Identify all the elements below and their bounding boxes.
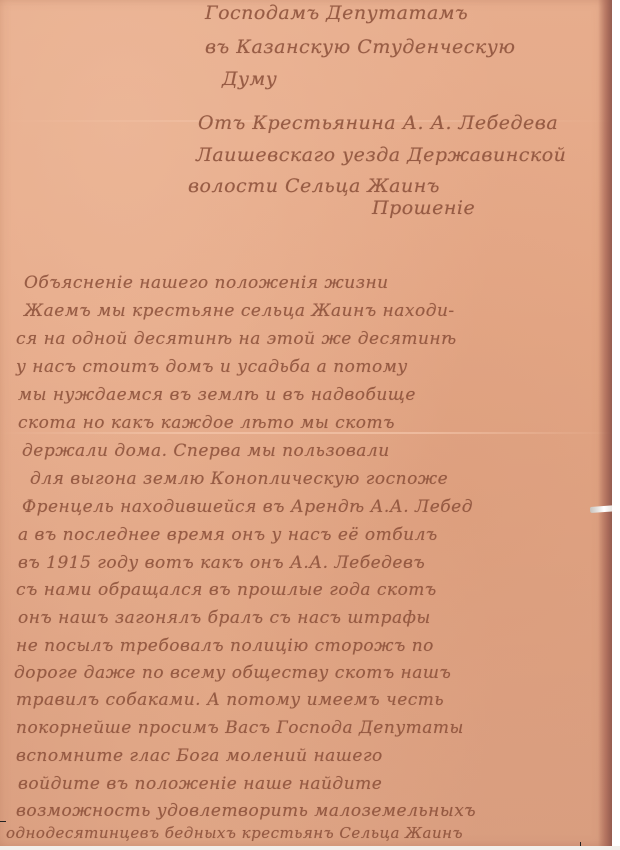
body-line: ся на одной десятинѣ на этой же десятинѣ [16,329,457,349]
body-line: войдите въ положенiе наше найдите [18,774,382,794]
body-line: Френцель находившейся въ Арендѣ А.А. Леб… [22,497,473,517]
addressee-line: въ Казанскую Студенческую [205,36,515,58]
body-line: скота но какъ каждое лѣто мы скотъ [18,413,395,433]
body-line: мы нуждаемся въ землѣ и въ надвобище [18,385,416,405]
body-line: дороге даже по всему обществу скотъ нашъ [14,663,451,683]
sender-line: Лаишевскаго уезда Державинской [196,144,566,166]
sender-line: волости Сельца Жаинъ [188,175,440,197]
crop-mark [0,821,6,822]
addressee-line: Господамъ Депутатамъ [205,2,468,24]
document-page: Господамъ Депутатамъ въ Казанскую Студен… [0,0,612,846]
body-line: съ нами обращался въ прошлые года скотъ [16,580,437,600]
body-line: возможность удовлетворить малоземельныхъ [16,801,476,821]
body-line: Жаемъ мы крестьяне сельца Жаинъ находи- [24,301,455,321]
body-line: однодесятинцевъ бедныхъ крестьянъ Сельца… [6,824,463,842]
sender-line: Отъ Крестьянина А. А. Лебедева [198,112,558,134]
body-line: травилъ собаками. А потому имеемъ честь [16,690,444,710]
petition-title: Прошенiе [372,197,475,219]
body-line: не посылъ требовалъ полицiю сторожъ по [16,636,434,656]
body-line: вспомните глас Бога молений нашего [16,746,383,766]
body-line: Объясненiе нашего положенiя жизни [24,273,389,293]
body-line: у насъ стоитъ домъ и усадьба а потому [16,357,408,377]
body-line: онъ нашъ загонялъ бралъ съ насъ штрафы [18,608,431,628]
body-line: въ 1915 году вотъ какъ онъ А.А. Лебедевъ [18,553,425,573]
addressee-line: Думу [222,68,277,90]
body-line: для выгона землю Коноплическую госпоже [30,469,448,489]
scan-border [0,846,620,850]
body-line: держали дома. Сперва мы пользовали [22,441,390,461]
body-line: а въ последнее время онъ у насъ её отбил… [18,525,438,545]
page-edge-shadow [598,0,612,846]
body-line: покорнейше просимъ Васъ Господа Депутаты [16,718,464,738]
